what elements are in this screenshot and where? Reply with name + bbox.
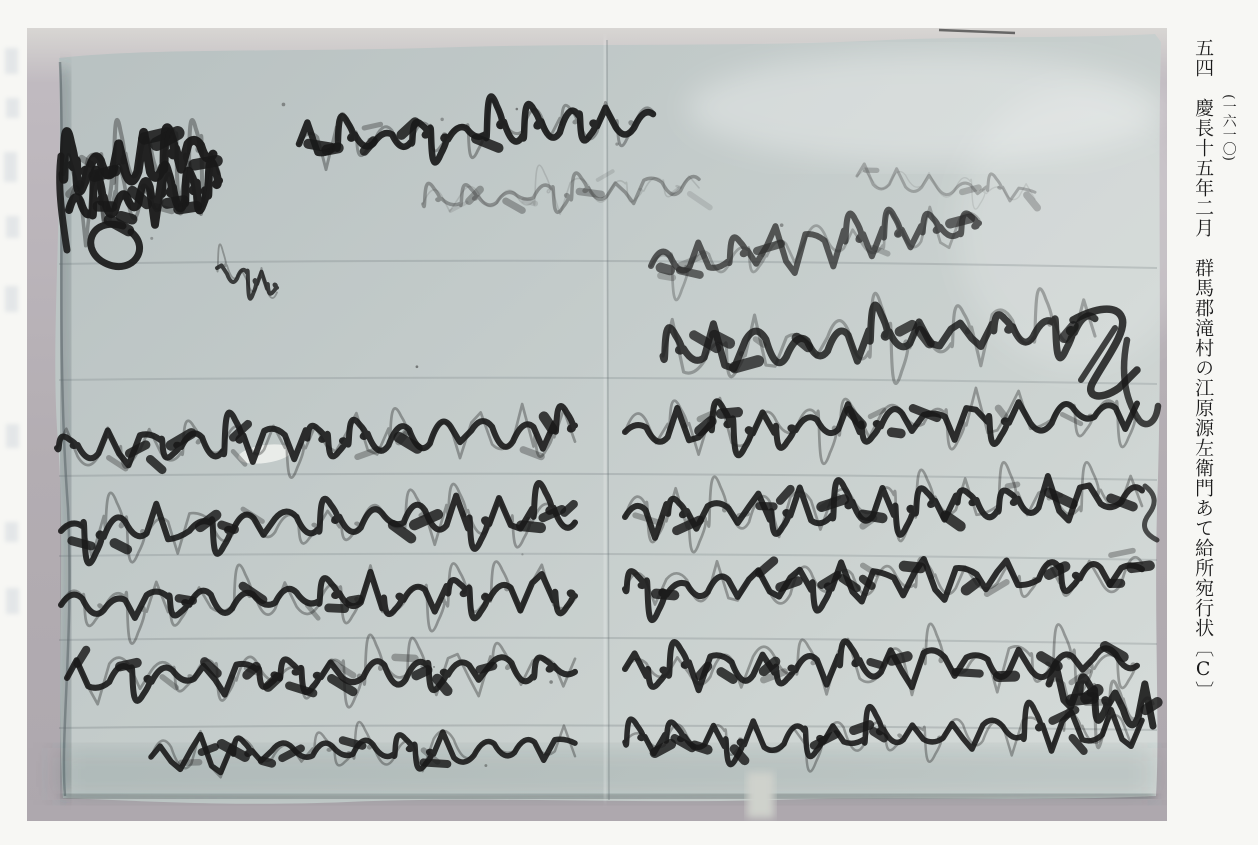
caption-bracket-close: 〕 [1192,681,1214,701]
manuscript-paper [27,28,1167,821]
bleedthrough-mark [5,286,18,312]
caption-heading-text: 五四 慶長十五年二月 群馬郡滝村の江原源左衛門あて給所宛行状 [1192,38,1214,638]
caption-year: (一六一〇) [1221,94,1236,161]
bleedthrough-mark [6,98,19,118]
document-photograph [27,28,1167,821]
bleedthrough-mark [6,588,19,614]
book-page: (一六一〇) 五四 慶長十五年二月 群馬郡滝村の江原源左衛門あて給所宛行状〔C〕 [0,0,1258,845]
caption-title: 五四 慶長十五年二月 群馬郡滝村の江原源左衛門あて給所宛行状〔C〕 [1193,38,1213,701]
bleedthrough-mark [5,48,18,74]
caption-bracket-open: 〔 [1192,638,1214,658]
bleedthrough-mark [5,522,18,542]
bleedthrough-mark [4,152,17,182]
bleedthrough-mark [6,216,19,238]
caption-variant-letter: C [1192,658,1214,681]
bleedthrough-mark [6,424,19,448]
